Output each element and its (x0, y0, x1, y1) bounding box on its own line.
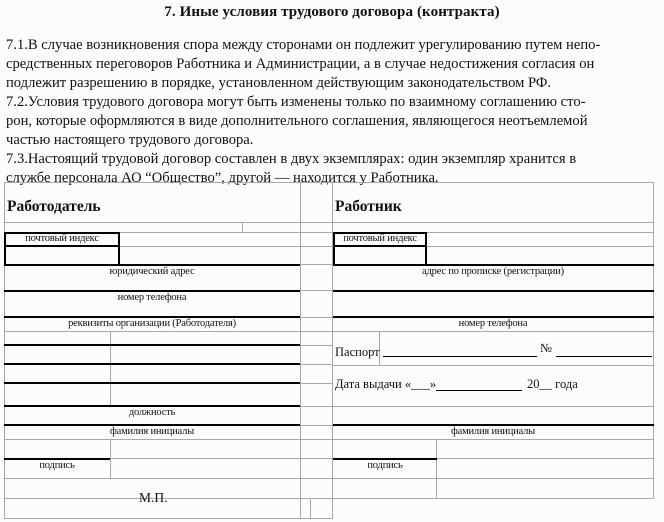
rule (333, 245, 427, 247)
border (300, 290, 333, 291)
border (4, 222, 654, 223)
border (333, 365, 654, 366)
rule (333, 290, 654, 292)
issue-date-label: Дата выдачи «___» (335, 377, 436, 392)
employer-heading: Работодатель (7, 198, 101, 216)
paragraph-line: 7.2.Условия трудового договора могут быт… (6, 93, 658, 112)
paragraph-line: 7.3.Настоящий трудовой договор составлен… (6, 150, 658, 169)
employer-signature-label: подпись (4, 460, 110, 471)
employee-heading: Работник (335, 198, 402, 216)
employer-position-label: должность (4, 407, 300, 418)
employee-signature-label: подпись (333, 460, 437, 471)
paragraph-line: частью настоящего трудового договора. (6, 131, 658, 150)
passport-label: Паспорт (335, 345, 380, 360)
border (300, 383, 333, 384)
employee-full-name-label: фамилия инициалы (333, 426, 653, 437)
border (110, 439, 111, 478)
rule (118, 232, 120, 264)
border (300, 317, 333, 318)
border (300, 345, 333, 346)
employee-postal-index-label: почтовый индекс (335, 233, 425, 244)
number-sign: № (540, 341, 552, 356)
border (242, 222, 243, 232)
employer-requisites-label: реквизиты организации (Работодателя) (4, 318, 300, 329)
rule (4, 245, 120, 247)
border (4, 518, 333, 519)
employer-legal-address-label: юридический адрес (4, 266, 300, 277)
border (110, 331, 111, 406)
border (4, 498, 654, 499)
employer-postal-index-label: почтовый индекс (6, 233, 118, 244)
rule (425, 232, 427, 264)
border (653, 182, 654, 498)
rule (4, 382, 300, 384)
paragraph-line: подлежит разрешению в порядке, установле… (6, 74, 658, 93)
issue-month-field[interactable] (436, 390, 522, 391)
border (300, 406, 654, 407)
border (300, 264, 333, 265)
paragraph-line: рон, которые оформляются в виде дополнит… (6, 112, 658, 131)
employee-address-label: адрес по прописке (регистрации) (333, 266, 653, 277)
paragraph-line: 7.1.В случае возникновения спора между с… (6, 36, 658, 55)
employee-phone-label: номер телефона (333, 318, 653, 329)
paragraph-line: средственных переговоров Работника и Адм… (6, 55, 658, 74)
employer-stamp-label: М.П. (139, 490, 168, 506)
border (4, 478, 654, 479)
border (300, 425, 333, 426)
issue-year-label: 20__ года (527, 377, 578, 392)
employer-phone-label: номер телефона (4, 292, 300, 303)
employer-full-name-label: фамилия инициалы (4, 426, 300, 437)
border (4, 331, 654, 332)
border (300, 364, 333, 365)
rule (4, 363, 300, 365)
border (4, 182, 654, 183)
passport-number-field[interactable] (556, 356, 652, 357)
border (310, 498, 311, 519)
border (4, 439, 654, 440)
passport-series-field[interactable] (383, 356, 537, 357)
section-title: 7. Иные условия трудового договора (конт… (0, 4, 664, 21)
rule (4, 344, 300, 346)
